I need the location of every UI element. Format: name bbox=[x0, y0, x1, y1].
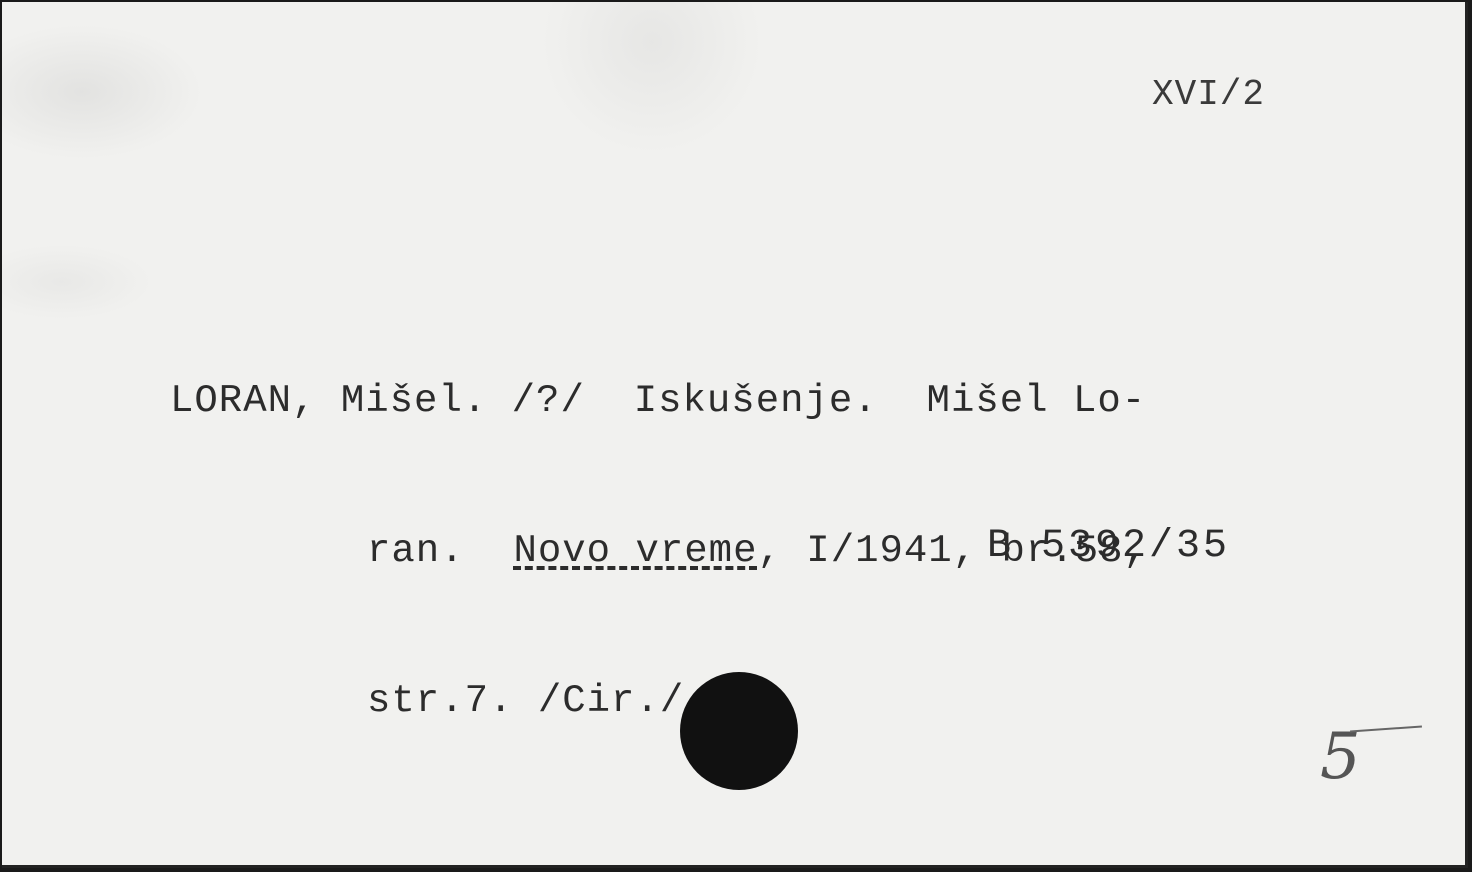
handwritten-note: 5 bbox=[1320, 720, 1361, 794]
periodical-title: Novo vreme bbox=[513, 529, 757, 573]
page-ref: str.7. bbox=[367, 679, 513, 723]
entry-line-1: LORAN, Mišel. /?/ Iskušenje. Mišel Lo- bbox=[170, 376, 1148, 426]
punch-hole bbox=[680, 672, 798, 790]
catalog-card: XVI/2 LORAN, Mišel. /?/ Iskušenje. Mišel… bbox=[2, 2, 1468, 868]
author-repeat: Mišel Lo- bbox=[927, 379, 1147, 423]
entry-line-3: str.7. /Cir./ bbox=[170, 676, 1148, 726]
title: Iskušenje. bbox=[634, 379, 878, 423]
author-note: /?/ bbox=[512, 379, 585, 423]
author: LORAN, Mišel. bbox=[170, 379, 487, 423]
classification-mark: XVI/2 bbox=[1152, 74, 1265, 115]
call-number: B 5392/35 bbox=[987, 524, 1230, 569]
author-repeat-cont: ran. bbox=[367, 529, 465, 573]
script-note: /Cir./ bbox=[538, 679, 684, 723]
